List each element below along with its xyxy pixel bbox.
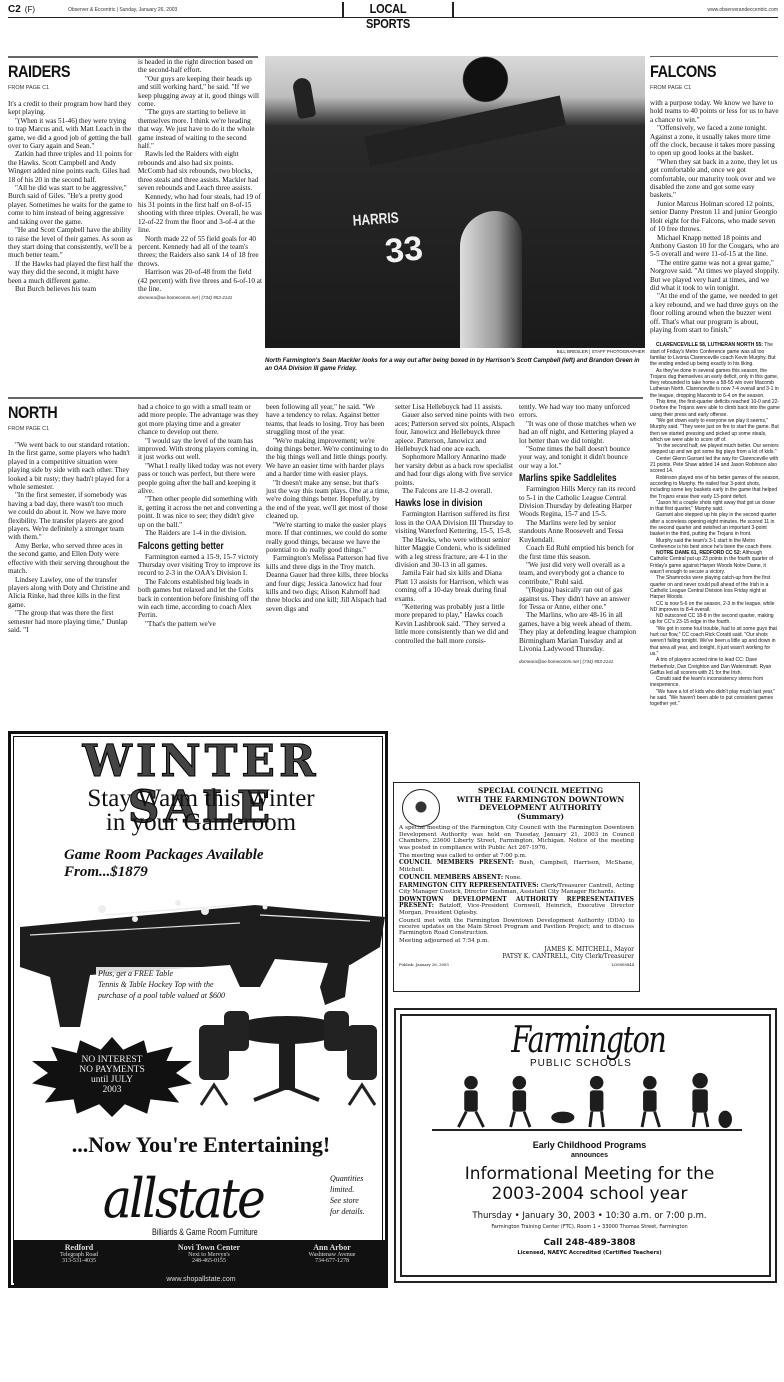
paragraph: "He and Scott Campbell have the ability … [8,226,133,260]
paragraph: "We just did very well overall as a team… [519,561,639,586]
paragraph: Coach Ed Ruhl emptied his bench for the … [519,544,639,561]
ad-title: WINTER SALE [20,739,382,785]
brief-lead: NOTRE DAME 61, REDFORD CC 52: [656,550,741,556]
jump-line: FROM PAGE C1 [650,85,780,91]
program-name: Early Childhood Programs [402,1140,777,1150]
paragraph: The Falcons are 11-8-2 overall. [395,487,515,495]
brief-text: Robinson played one of his better games … [650,475,780,500]
sports-photo: HARRIS 33 [265,56,645,348]
jersey-name: HARRIS [352,209,399,229]
site-url[interactable]: www.observerandeccentric.com [707,7,778,13]
paragraph: Lindsey Lawley, one of the transfer play… [8,576,133,610]
phone-number[interactable]: Call 248-489-3808 [402,1238,777,1248]
brief-text: "We have a lot of kids who didn't play m… [650,689,780,708]
article-headline: RAIDERS [8,62,114,82]
brief-text: "We got in some foul trouble, had to sit… [650,626,780,657]
article-column: tently. We had way too many unforced err… [519,403,639,664]
ad-frame: WINTER SALE Stay Warm this Winterin your… [13,736,383,1283]
brief-text: This time, the first-quarter deficits re… [650,399,780,418]
article-headline: FALCONS [650,62,761,82]
paragraph: "In the first semester, if somebody was … [8,491,133,541]
paragraph: is headed in the right direction based o… [138,58,262,75]
brief-text: "We get down early to everyone we play i… [650,418,780,443]
brief-lead: CLARENCEVILLE 58, LUTHERAN NORTH 55: [656,342,763,348]
paragraph: But Burch believes his team [8,285,133,293]
paragraph: Farmington's Melissa Patterson had five … [266,554,390,613]
brief-text: "Jason hit a couple shots right away tha… [650,500,780,513]
paragraph: Michael Knapp netted 18 points and Antho… [650,234,780,259]
council-meeting-notice: SPECIAL COUNCIL MEETINGWITH THE FARMINGT… [393,782,640,992]
paragraph: It's a credit to their program how hard … [8,100,133,117]
paragraph: The Marlins, who are 48-16 in all games,… [519,611,639,653]
paragraph: "We went back to our standard rotation. … [8,441,133,491]
paragraph: "It doesn't make any sense, but that's j… [266,479,390,521]
paragraph: "The entire game was not a great game," … [650,259,780,293]
allstate-logo: allstate [103,1167,263,1230]
divider [342,2,344,17]
paragraph: Zatkin had three triples and 11 points f… [8,150,133,184]
page-number: C2(F) [8,4,35,15]
store-website[interactable]: www.shopallstate.com [14,1276,388,1283]
jump-line: FROM PAGE C1 [8,85,133,91]
raiders-article: RAIDERS FROM PAGE C1 It's a credit to th… [8,62,133,293]
game-table-chairs-image [199,1005,379,1115]
financing-offer: NO INTERESTNO PAYMENTSuntil JULY2003 [32,1055,192,1095]
paragraph: "Our guys are keeping their heads up and… [138,75,262,109]
paragraph: "(When it was 51-46) they were trying to… [8,117,133,151]
announces-label: announces [402,1152,777,1159]
brief-text: Garrant also stepped up his play in the … [650,512,780,537]
paragraph: The Hawks, who were without senior hitte… [395,536,515,570]
brief-text: The Shamrocks were playing catch-up from… [650,575,780,600]
school-logo-script: Farmington [511,1020,665,1061]
paragraph: Farmington earned a 15-9, 15-7 victory T… [138,553,262,578]
brief-text: ND outscored CC 18-8 in the second quart… [650,613,780,626]
logo-subtitle: Billiards & Game Room Furniture [152,1227,258,1237]
notice-footer: Publish: January 26, 2003LO0808844 [399,962,634,967]
paragraph: "What I really liked today was not every… [138,462,262,496]
jump-line: FROM PAGE C1 [8,426,133,432]
paragraph: "I would say the level of the team has i… [138,437,262,462]
paragraph: had a choice to go with a small team or … [138,403,262,437]
subheadline: Hawks lose in division [395,498,493,509]
paragraph: "When they sat back in a zone, they let … [650,158,780,200]
brief-text: As they've done in several games this se… [650,368,780,399]
paragraph: "That's the pattern we've [138,620,262,628]
article-column: setter Lisa Hellebuyck had 11 assists. G… [395,403,515,645]
article-column: with a purpose today. We know we have to… [650,99,780,334]
winter-sale-ad[interactable]: WINTER SALE Stay Warm this Winterin your… [8,731,388,1288]
paragraph: North made 22 of 55 field goals for 40 p… [138,235,262,269]
photo-credit: BILL BRESLER | STAFF PHOTOGRAPHER [265,349,645,354]
paragraph: been following all year," he said. "We h… [266,403,390,437]
subheadline: Marlins spike Saddlelites [519,473,617,484]
ad-frame: Farmington PUBLIC SCHOOLS Early Childhoo… [400,1014,771,1277]
paragraph: "We're starting to make the easier plays… [266,521,390,555]
brief-text: A trio of players scored nine to lead CC… [650,657,780,676]
brief-text: "In the second half, we played much bett… [650,443,780,456]
paragraph: Farmington Hills Mercy ran its record to… [519,485,639,519]
paragraph: with a purpose today. We know we have to… [650,99,780,124]
store-location: Ann ArborWashtenaw Avenue734-677-1278 [282,1245,382,1265]
section-rule [8,397,643,399]
photo-figure [292,77,317,120]
paragraph: "The guys are starting to believe in the… [138,108,262,150]
paragraph: Sophomore Mallory Annarino made her vars… [395,453,515,487]
sports-briefs: CLARENCEVILLE 58, LUTHERAN NORTH 55: The… [650,342,780,707]
paragraph: "Then other people did something with it… [138,495,262,529]
photo-caption: North Farmington's Sean Mackler looks fo… [265,357,645,373]
ad-disclaimer: Quantitieslimited.See storefor details. [330,1173,365,1217]
ad-offer: Game Room Packages AvailableFrom...$1879 [64,847,264,881]
paragraph: Amy Berke, who served three aces in the … [8,542,133,576]
article-headline: NORTH [8,403,114,423]
meeting-datetime: Thursday • January 30, 2003 • 10:30 a.m.… [402,1211,777,1221]
article-column: It's a credit to their program how hard … [8,100,133,293]
photo-figure [460,211,522,348]
ad-headline: Stay Warm this Winterin your Gameroom [14,787,388,835]
school-logo-sub: PUBLIC SCHOOLS [530,1058,632,1069]
paragraph: "All he did was start to be aggressive,"… [8,184,133,226]
paragraph: "Offensively, we faced a zone tonight. A… [650,124,780,158]
paragraph: setter Lisa Hellebuyck had 11 assists. [395,403,515,411]
paragraph: The Marlins were led by senior standouts… [519,519,639,544]
brief-text: Center Glenn Garrant led the way for Cla… [650,456,780,475]
paragraph: "We're making improvement; we're doing t… [266,437,390,479]
notice-body: A special meeting of the Farmington City… [399,825,634,944]
children-illustration [432,1071,742,1131]
paragraph: "Some times the ball doesn't bounce your… [519,445,639,470]
paragraph: The Falcons established big leads in bot… [138,578,262,620]
notice-title: SPECIAL COUNCIL MEETINGWITH THE FARMINGT… [447,787,634,821]
paragraph: Kennedy, who had four steals, had 19 of … [138,193,262,235]
promo-text: Plus, get a FREE TableTennis & Table Hoc… [96,967,227,1002]
article-column: is headed in the right direction based o… [138,58,262,300]
subheadline: Falcons getting better [138,541,240,552]
photo-figure [364,96,566,167]
brief-text: Murphy said the team's 3-1 start in the … [650,538,780,551]
paragraph: "Kettering was probably just a little mo… [395,603,515,645]
accreditation: Licensed, NAEYC Accredited (Certified Te… [402,1250,777,1256]
paragraph: The Raiders are 1-4 in the division. [138,529,262,537]
store-location: Novi Town CenterNext to Mervyn's248-465-… [154,1245,264,1265]
brief-text: CC is now 5-6 on the season, 2-3 in the … [650,601,780,614]
jersey-number: 33 [383,229,425,272]
masthead: C2(F) Observer & Eccentric | Sunday, Jan… [8,2,778,18]
section-rule [650,56,778,57]
paragraph: "The group that was there the first seme… [8,609,133,634]
article-column: been following all year," he said. "We h… [266,403,390,613]
paragraph: Rawls led the Raiders with eight rebound… [138,150,262,192]
paragraph: "At the end of the game, we needed to ge… [650,292,780,334]
article-column: had a choice to go with a small team or … [138,403,262,628]
paragraph: Gauer also served nine points with two a… [395,411,515,453]
paragraph: If the Hawks had played the first half t… [8,260,133,285]
north-article: NORTH FROM PAGE C1 "We went back to our … [8,403,133,634]
meeting-location: Farmington Training Center (FTC), Room 1… [402,1224,777,1230]
store-locations: RedfordTelegraph Road313-531-4035 Novi T… [14,1240,388,1288]
paragraph: Farmington Harrison suffered its first l… [395,510,515,535]
author-email[interactable]: dorneara@oe.homecomm.net | (734) 953-214… [519,659,639,664]
dateline: Observer & Eccentric | Sunday, January 2… [68,7,177,13]
paragraph: Jamila Fair had six kills and Diana Plat… [395,569,515,603]
farmington-schools-ad[interactable]: Farmington PUBLIC SCHOOLS Early Childhoo… [394,1008,777,1283]
paragraph: tently. We had way too many unforced err… [519,403,639,420]
falcons-article: FALCONS FROM PAGE C1 with a purpose toda… [650,62,780,708]
section-title: LOCAL SPORTS [354,1,422,31]
notice-signatures: JAMES K. MITCHELL, MayorPATSY K. CANTREL… [399,946,634,960]
ad-tagline: ...Now You're Entertaining! [14,1132,388,1158]
paragraph: "(Regina) basically ran out of gas again… [519,586,639,611]
paragraph: Harrison was 20-of-48 from the field (42… [138,268,262,293]
city-seal-icon [402,789,440,827]
article-column: "We went back to our standard rotation. … [8,441,133,634]
divider [452,2,454,17]
meeting-headline: Informational Meeting for the2003-2004 s… [402,1164,777,1204]
author-email[interactable]: dorneara@oe.homecomm.net | (734) 953-214… [138,295,262,300]
brief-text: Coratti said the team's inconsistency st… [650,676,780,689]
paragraph: "It was one of those matches when we had… [519,420,639,445]
paragraph: Junior Marcus Holman scored 12 points, s… [650,200,780,234]
store-location: RedfordTelegraph Road313-531-4035 [34,1245,124,1265]
